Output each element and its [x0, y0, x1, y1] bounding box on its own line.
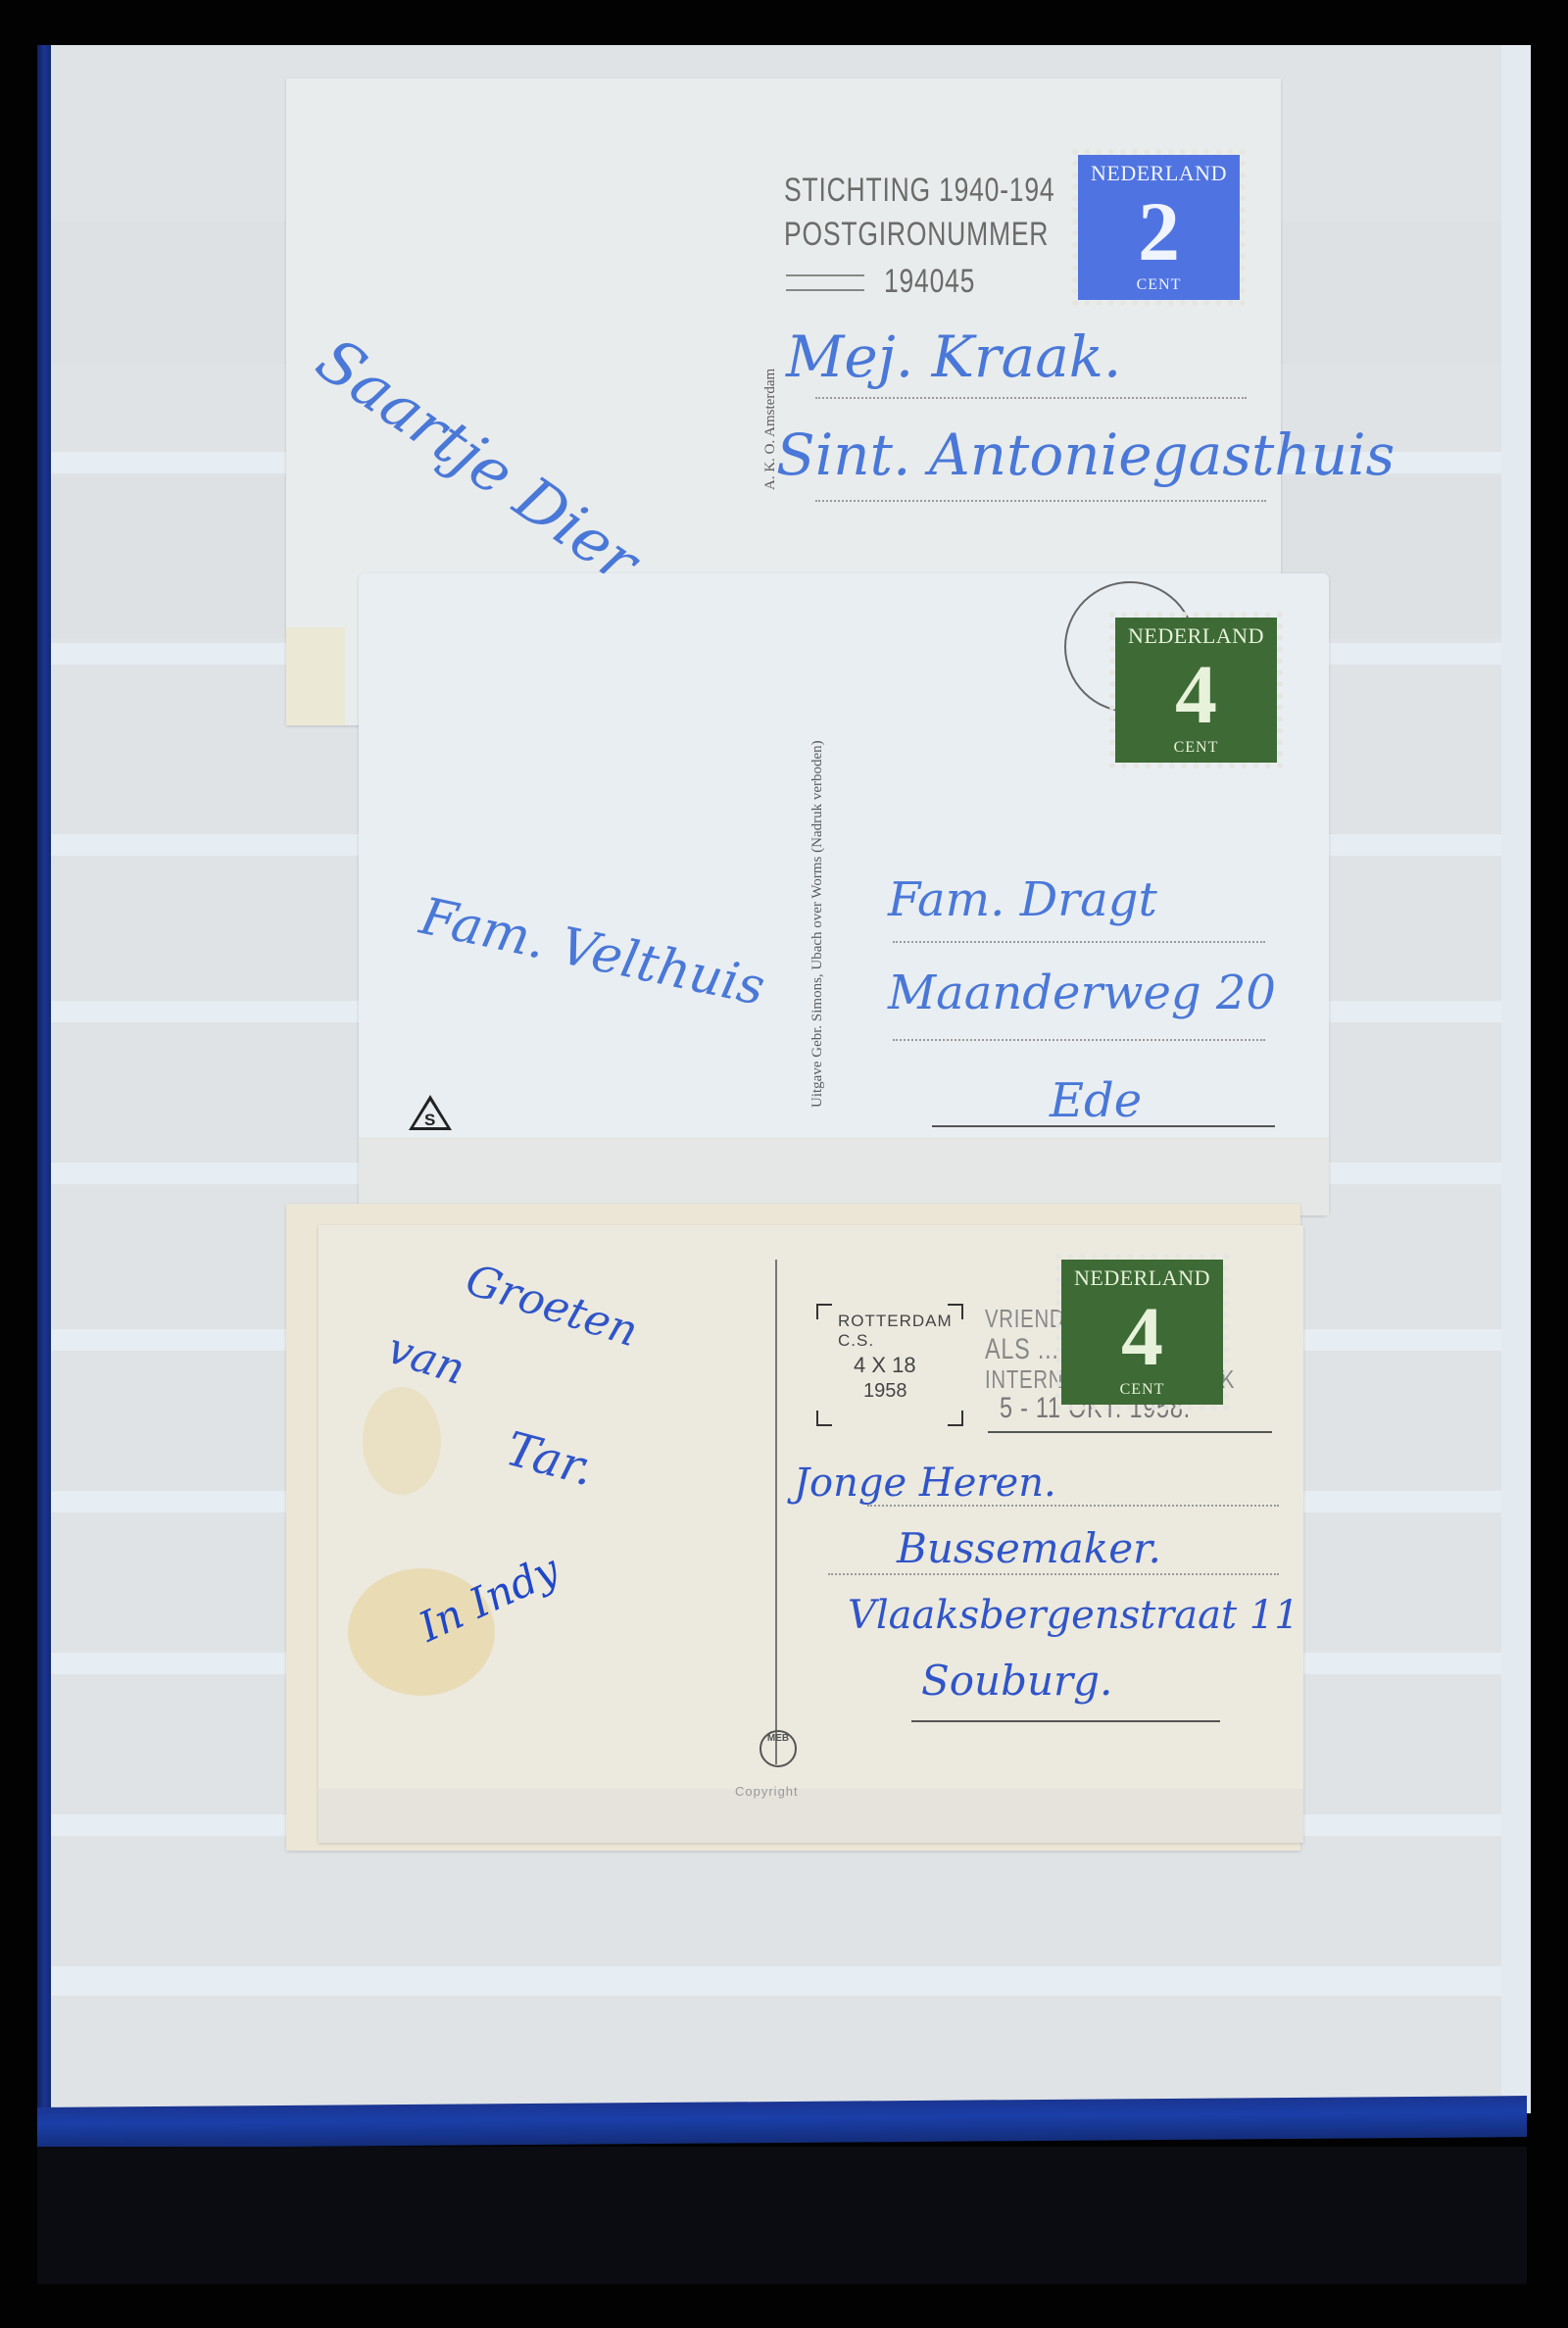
- album-strip: [51, 1966, 1501, 1996]
- address-line-2: Maanderweg 20: [888, 966, 1276, 1020]
- copyright-label: Copyright: [735, 1784, 799, 1799]
- postmark-date: 4 X 18: [854, 1353, 916, 1378]
- message-line-2: van: [381, 1323, 470, 1395]
- address-rule: [815, 397, 1247, 399]
- rotterdam-postmark: ROTTERDAM C.S. 4 X 18 1958: [816, 1304, 963, 1426]
- stamp-country: NEDERLAND: [1128, 623, 1264, 649]
- stamp-unit: CENT: [1120, 1381, 1165, 1399]
- stamp-4-cent: NEDERLAND 4 CENT: [1115, 618, 1277, 763]
- postmark-year: 1958: [863, 1380, 907, 1403]
- postmark-corner: [816, 1304, 832, 1319]
- message-line-3: Tar.: [501, 1421, 600, 1497]
- postcard-2: NEDERLAND 4 CENT Uitgave Gebr. Simons, U…: [359, 573, 1329, 1215]
- stamp-value: 4: [1175, 655, 1217, 733]
- page-edge: [1501, 45, 1531, 2113]
- publisher-logo-letter: S: [424, 1111, 435, 1130]
- address-rule: [867, 1505, 1279, 1507]
- meb-logo-icon: MEB: [759, 1730, 797, 1767]
- message-line-1: Groeten: [460, 1255, 644, 1357]
- card-divider: [775, 1260, 777, 1764]
- postmark-bar: [786, 289, 864, 291]
- postmark-corner: [948, 1411, 963, 1426]
- address-line-3: Ede: [1050, 1073, 1142, 1128]
- address-rule: [893, 1039, 1265, 1041]
- address-rule: [911, 1720, 1220, 1722]
- stamp-country: NEDERLAND: [1074, 1265, 1210, 1291]
- address-line-1: Fam. Dragt: [888, 872, 1157, 927]
- card-corner: [286, 627, 345, 725]
- slogan-rule: [988, 1431, 1272, 1433]
- address-line-3: Vlaaksbergenstraat 11: [848, 1593, 1299, 1638]
- address-line-1: Mej. Kraak.: [786, 323, 1121, 390]
- stamp-value: 4: [1121, 1297, 1163, 1375]
- card-shade: [318, 1789, 1303, 1843]
- address-line-2: Bussemaker.: [897, 1524, 1161, 1572]
- stamp-unit: CENT: [1137, 276, 1182, 294]
- postmark-line-3: 194045: [884, 263, 975, 301]
- postmark-corner: [816, 1411, 832, 1426]
- handwritten-message: Saartje Dier: [304, 323, 652, 597]
- address-rule: [893, 941, 1265, 943]
- stamp-country: NEDERLAND: [1091, 161, 1227, 186]
- postmark-city: ROTTERDAM C.S.: [838, 1312, 963, 1351]
- album-binding-left: [37, 45, 51, 2113]
- address-rule: [815, 500, 1266, 502]
- handwritten-message: Fam. Velthuis: [416, 887, 770, 1017]
- stamp-value: 2: [1138, 192, 1180, 271]
- postmark-line-2: POSTGIRONUMMER: [784, 216, 1049, 254]
- background-fabric: [37, 2147, 1527, 2284]
- address-line-2: Sint. Antoniegasthuis: [776, 421, 1395, 488]
- stain: [363, 1387, 441, 1495]
- postcard-3: MEB Copyright ROTTERDAM C.S. 4 X 18 1958…: [318, 1225, 1303, 1843]
- address-line-1: Jonge Heren.: [794, 1461, 1056, 1506]
- publisher-imprint: Uitgave Gebr. Simons, Ubach over Worms (…: [809, 740, 826, 1108]
- stamp-4-cent: NEDERLAND 4 CENT: [1061, 1260, 1223, 1405]
- stamp-unit: CENT: [1174, 739, 1219, 757]
- address-line-4: Souburg.: [921, 1657, 1112, 1705]
- stamp-2-cent: NEDERLAND 2 CENT: [1078, 155, 1240, 300]
- address-rule: [932, 1125, 1275, 1127]
- postmark-bar: [786, 274, 864, 276]
- postmark-line-1: STICHTING 1940-194: [784, 172, 1054, 210]
- address-rule: [828, 1573, 1279, 1575]
